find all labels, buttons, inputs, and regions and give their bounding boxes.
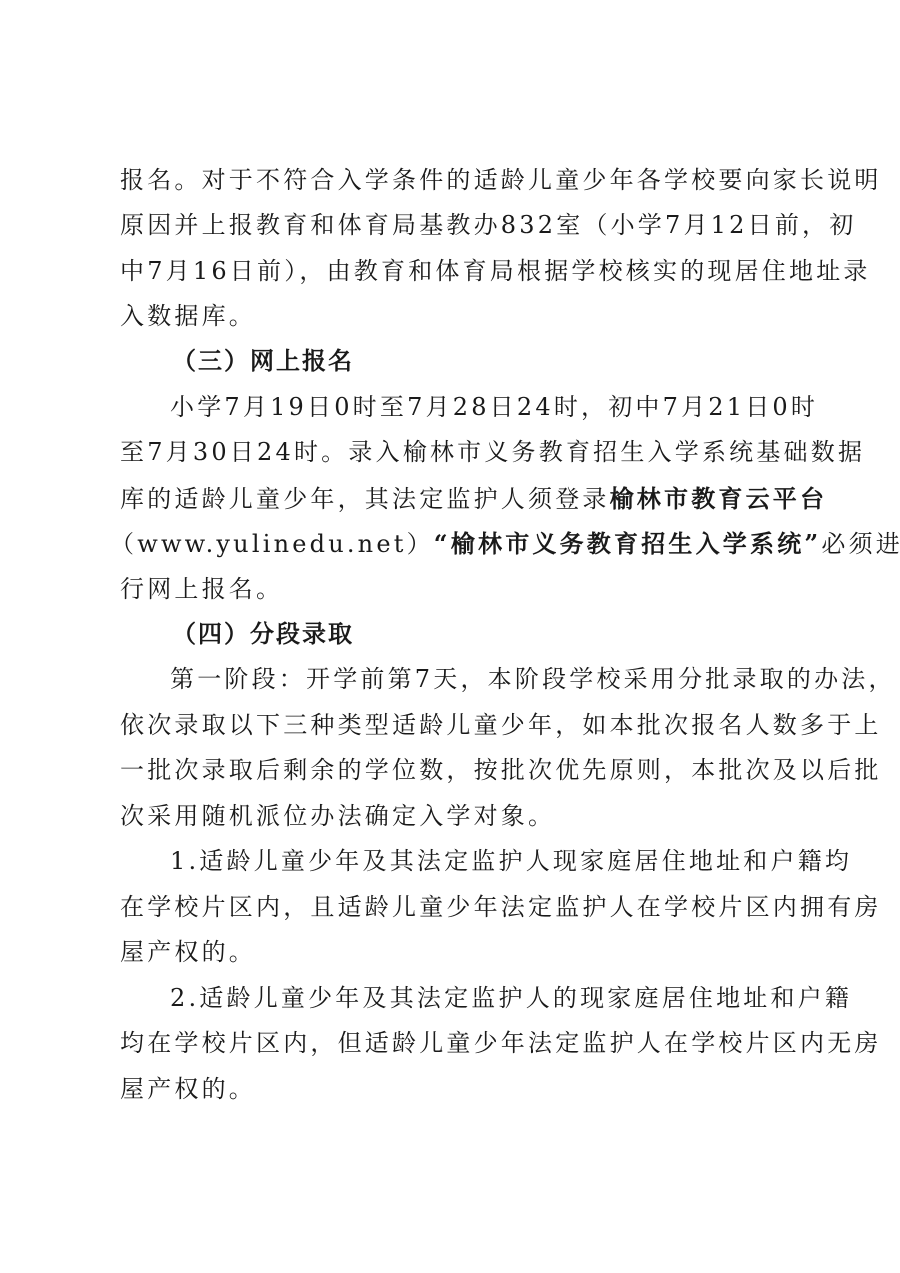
platform-url: （www.yulinedu.net）	[110, 530, 434, 558]
list-item-line: 屋产权的。	[120, 930, 788, 975]
paragraph-line: 原因并上报教育和体育局基教办832室（小学7月12日前，初	[120, 203, 788, 248]
paragraph-line: 入数据库。	[120, 294, 788, 339]
document-page: 报名。对于不符合入学条件的适龄儿童少年各学校要向家长说明 原因并上报教育和体育局…	[0, 0, 900, 1273]
list-item-line: 1.适龄儿童少年及其法定监护人现家庭居住地址和户籍均	[170, 839, 788, 884]
paragraph-line: 一批次录取后剩余的学位数，按批次优先原则，本批次及以后批	[120, 748, 788, 793]
paragraph-line: 小学7月19日0时至7月28日24时，初中7月21日0时	[170, 385, 788, 430]
paragraph-line: 中7月16日前），由教育和体育局根据学校核实的现居住地址录	[120, 249, 788, 294]
paragraph-line: 库的适龄儿童少年，其法定监护人须登录榆林市教育云平台	[120, 476, 788, 521]
list-item-line: 屋产权的。	[120, 1067, 788, 1112]
paragraph-line: 至7月30日24时。录入榆林市义务教育招生入学系统基础数据	[120, 430, 788, 475]
paragraph-line: 次采用随机派位办法确定入学对象。	[120, 794, 788, 839]
paragraph-line: 报名。对于不符合入学条件的适龄儿童少年各学校要向家长说明	[120, 158, 788, 203]
paragraph-text: 必须进	[821, 530, 900, 558]
paragraph-line: 第一阶段：开学前第7天，本阶段学校采用分批录取的办法，	[170, 657, 788, 702]
list-item-line: 在学校片区内，且适龄儿童少年法定监护人在学校片区内拥有房	[120, 885, 788, 930]
paragraph-line: 依次录取以下三种类型适龄儿童少年，如本批次报名人数多于上	[120, 703, 788, 748]
section-heading-online-registration: （三）网上报名	[172, 339, 354, 384]
system-name: “榆林市义务教育招生入学系统”	[434, 529, 822, 558]
paragraph-line: 行网上报名。	[120, 567, 788, 612]
paragraph-line: （www.yulinedu.net）“榆林市义务教育招生入学系统”必须进	[110, 521, 788, 566]
list-item-line: 2.适龄儿童少年及其法定监护人的现家庭居住地址和户籍	[170, 976, 788, 1021]
section-heading-staged-admission: （四）分段录取	[172, 612, 354, 657]
list-item-line: 均在学校片区内，但适龄儿童少年法定监护人在学校片区内无房	[120, 1021, 788, 1066]
platform-name: 榆林市教育云平台	[610, 484, 828, 513]
paragraph-text: 库的适龄儿童少年，其法定监护人须登录	[120, 485, 610, 513]
